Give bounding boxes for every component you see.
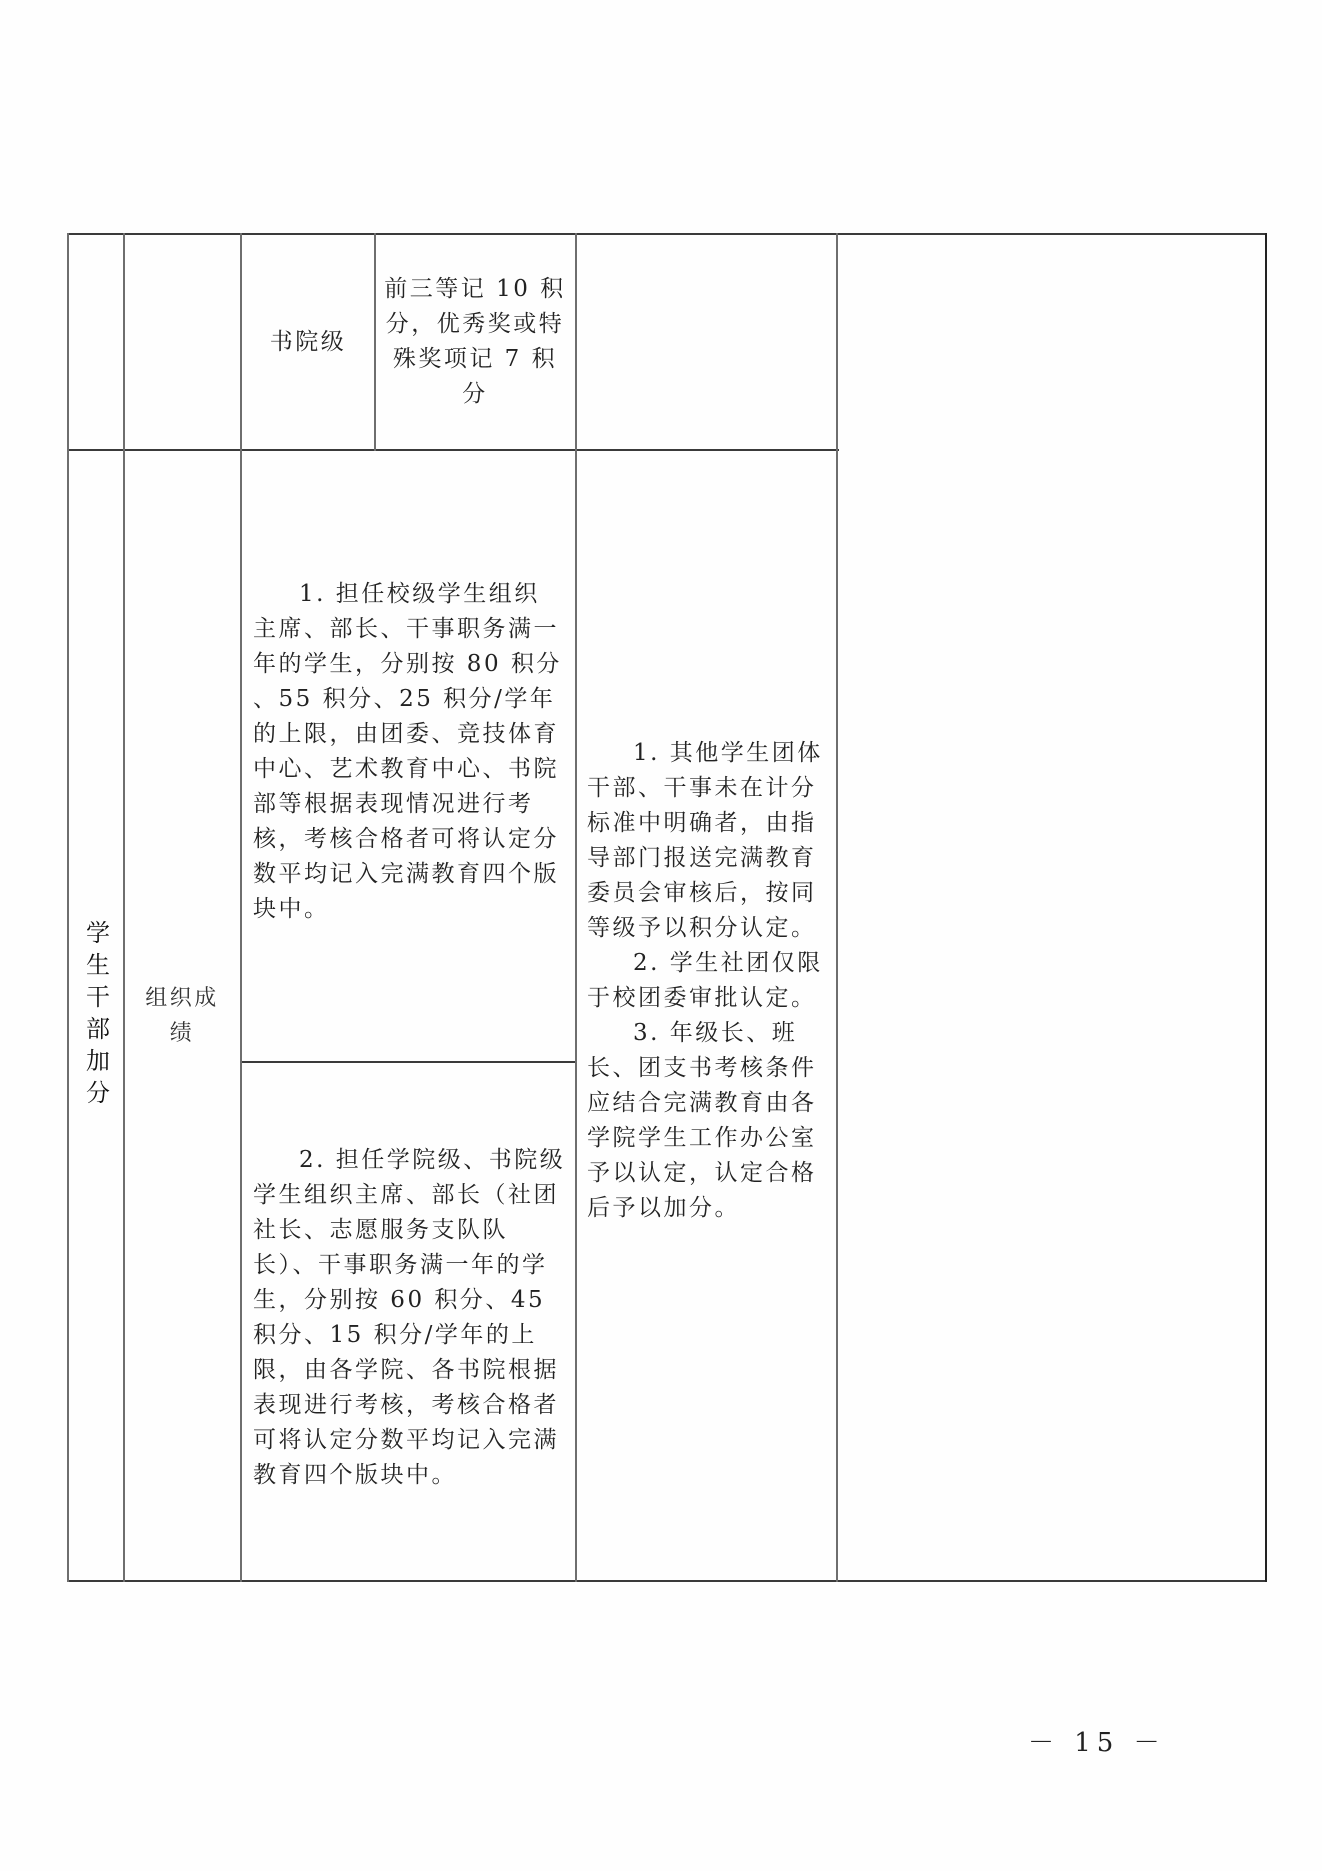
col-divider-4: [575, 233, 577, 1582]
col-divider-3: [374, 233, 376, 451]
table-bottom-border: [67, 1580, 1267, 1582]
category-cell: 学生干部加分: [69, 451, 123, 1580]
col-divider-1: [123, 233, 125, 1582]
table-right-border: [1265, 233, 1267, 1582]
col-divider-5: [836, 233, 838, 1582]
sub-category-label: 组织成绩: [140, 981, 224, 1051]
level-label: 书院级: [270, 325, 347, 360]
document-page: 书院级 前三等记 10 积分，优秀奖或特殊奖项记 7 积分 学生干部加分 组织成…: [0, 0, 1322, 1871]
sub-category-cell: 组织成绩: [140, 451, 224, 1580]
note-1: 1. 其他学生团体干部、干事未在计分标准中明确者，由指导部门报送完满教育委员会审…: [587, 736, 827, 946]
scoring-text: 前三等记 10 积分，优秀奖或特殊奖项记 7 积分: [382, 272, 568, 412]
notes-cell: 1. 其他学生团体干部、干事未在计分标准中明确者，由指导部门报送完满教育委员会审…: [587, 736, 827, 1226]
rule-2-text: 2. 担任学院级、书院级学生组织主席、部长（社团社长、志愿服务支队队长）、干事职…: [253, 1147, 565, 1488]
rule-divider: [240, 1061, 577, 1063]
scoring-cell: 前三等记 10 积分，优秀奖或特殊奖项记 7 积分: [380, 235, 570, 449]
rule-1-text: 1. 担任校级学生组织主席、部长、干事职务满一年的学生，分别按 80 积分 、5…: [253, 581, 562, 922]
note-3: 3. 年级长、班长、团支书考核条件应结合完满教育由各学院学生工作办公室予以认定，…: [587, 1016, 827, 1226]
level-cell: 书院级: [242, 235, 374, 449]
category-label: 学生干部加分: [79, 920, 114, 1112]
rule-1-cell: 1. 担任校级学生组织主席、部长、干事职务满一年的学生，分别按 80 积分 、5…: [253, 577, 565, 927]
note-2: 2. 学生社团仅限于校团委审批认定。: [587, 946, 827, 1016]
page-number: － 15 －: [1028, 1722, 1166, 1759]
rule-2-cell: 2. 担任学院级、书院级学生组织主席、部长（社团社长、志愿服务支队队长）、干事职…: [253, 1143, 567, 1493]
